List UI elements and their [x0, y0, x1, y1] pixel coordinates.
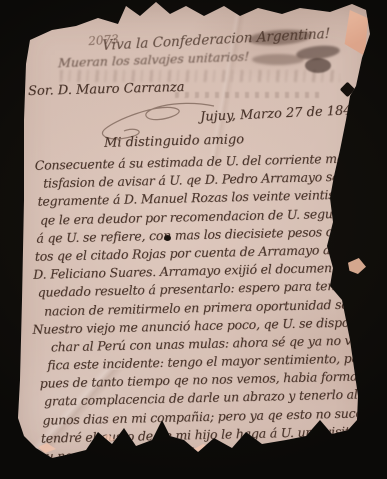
- ink-bleedthrough: [60, 70, 340, 82]
- letter-body: Consecuente á su estimada de U. del corr…: [29, 149, 376, 466]
- tear-edge-fragment: [338, 430, 360, 442]
- photograph-of-letter: 2073 Viva la Confederacion Argentina! Mu…: [0, 0, 387, 479]
- dateline: Jujuy, Marzo 27 de 1845 —: [200, 102, 377, 125]
- tear-edge-fragment: [348, 258, 366, 274]
- ink-stain: [252, 54, 304, 65]
- torn-paper-sheet: 2073 Viva la Confederacion Argentina! Mu…: [0, 0, 387, 479]
- torn-corner-fragment: [342, 10, 368, 56]
- federalist-slogan-line2: Mueran los salvajes unitarios!: [58, 49, 250, 71]
- ink-stain: [295, 44, 340, 62]
- paper-hole: [340, 82, 356, 98]
